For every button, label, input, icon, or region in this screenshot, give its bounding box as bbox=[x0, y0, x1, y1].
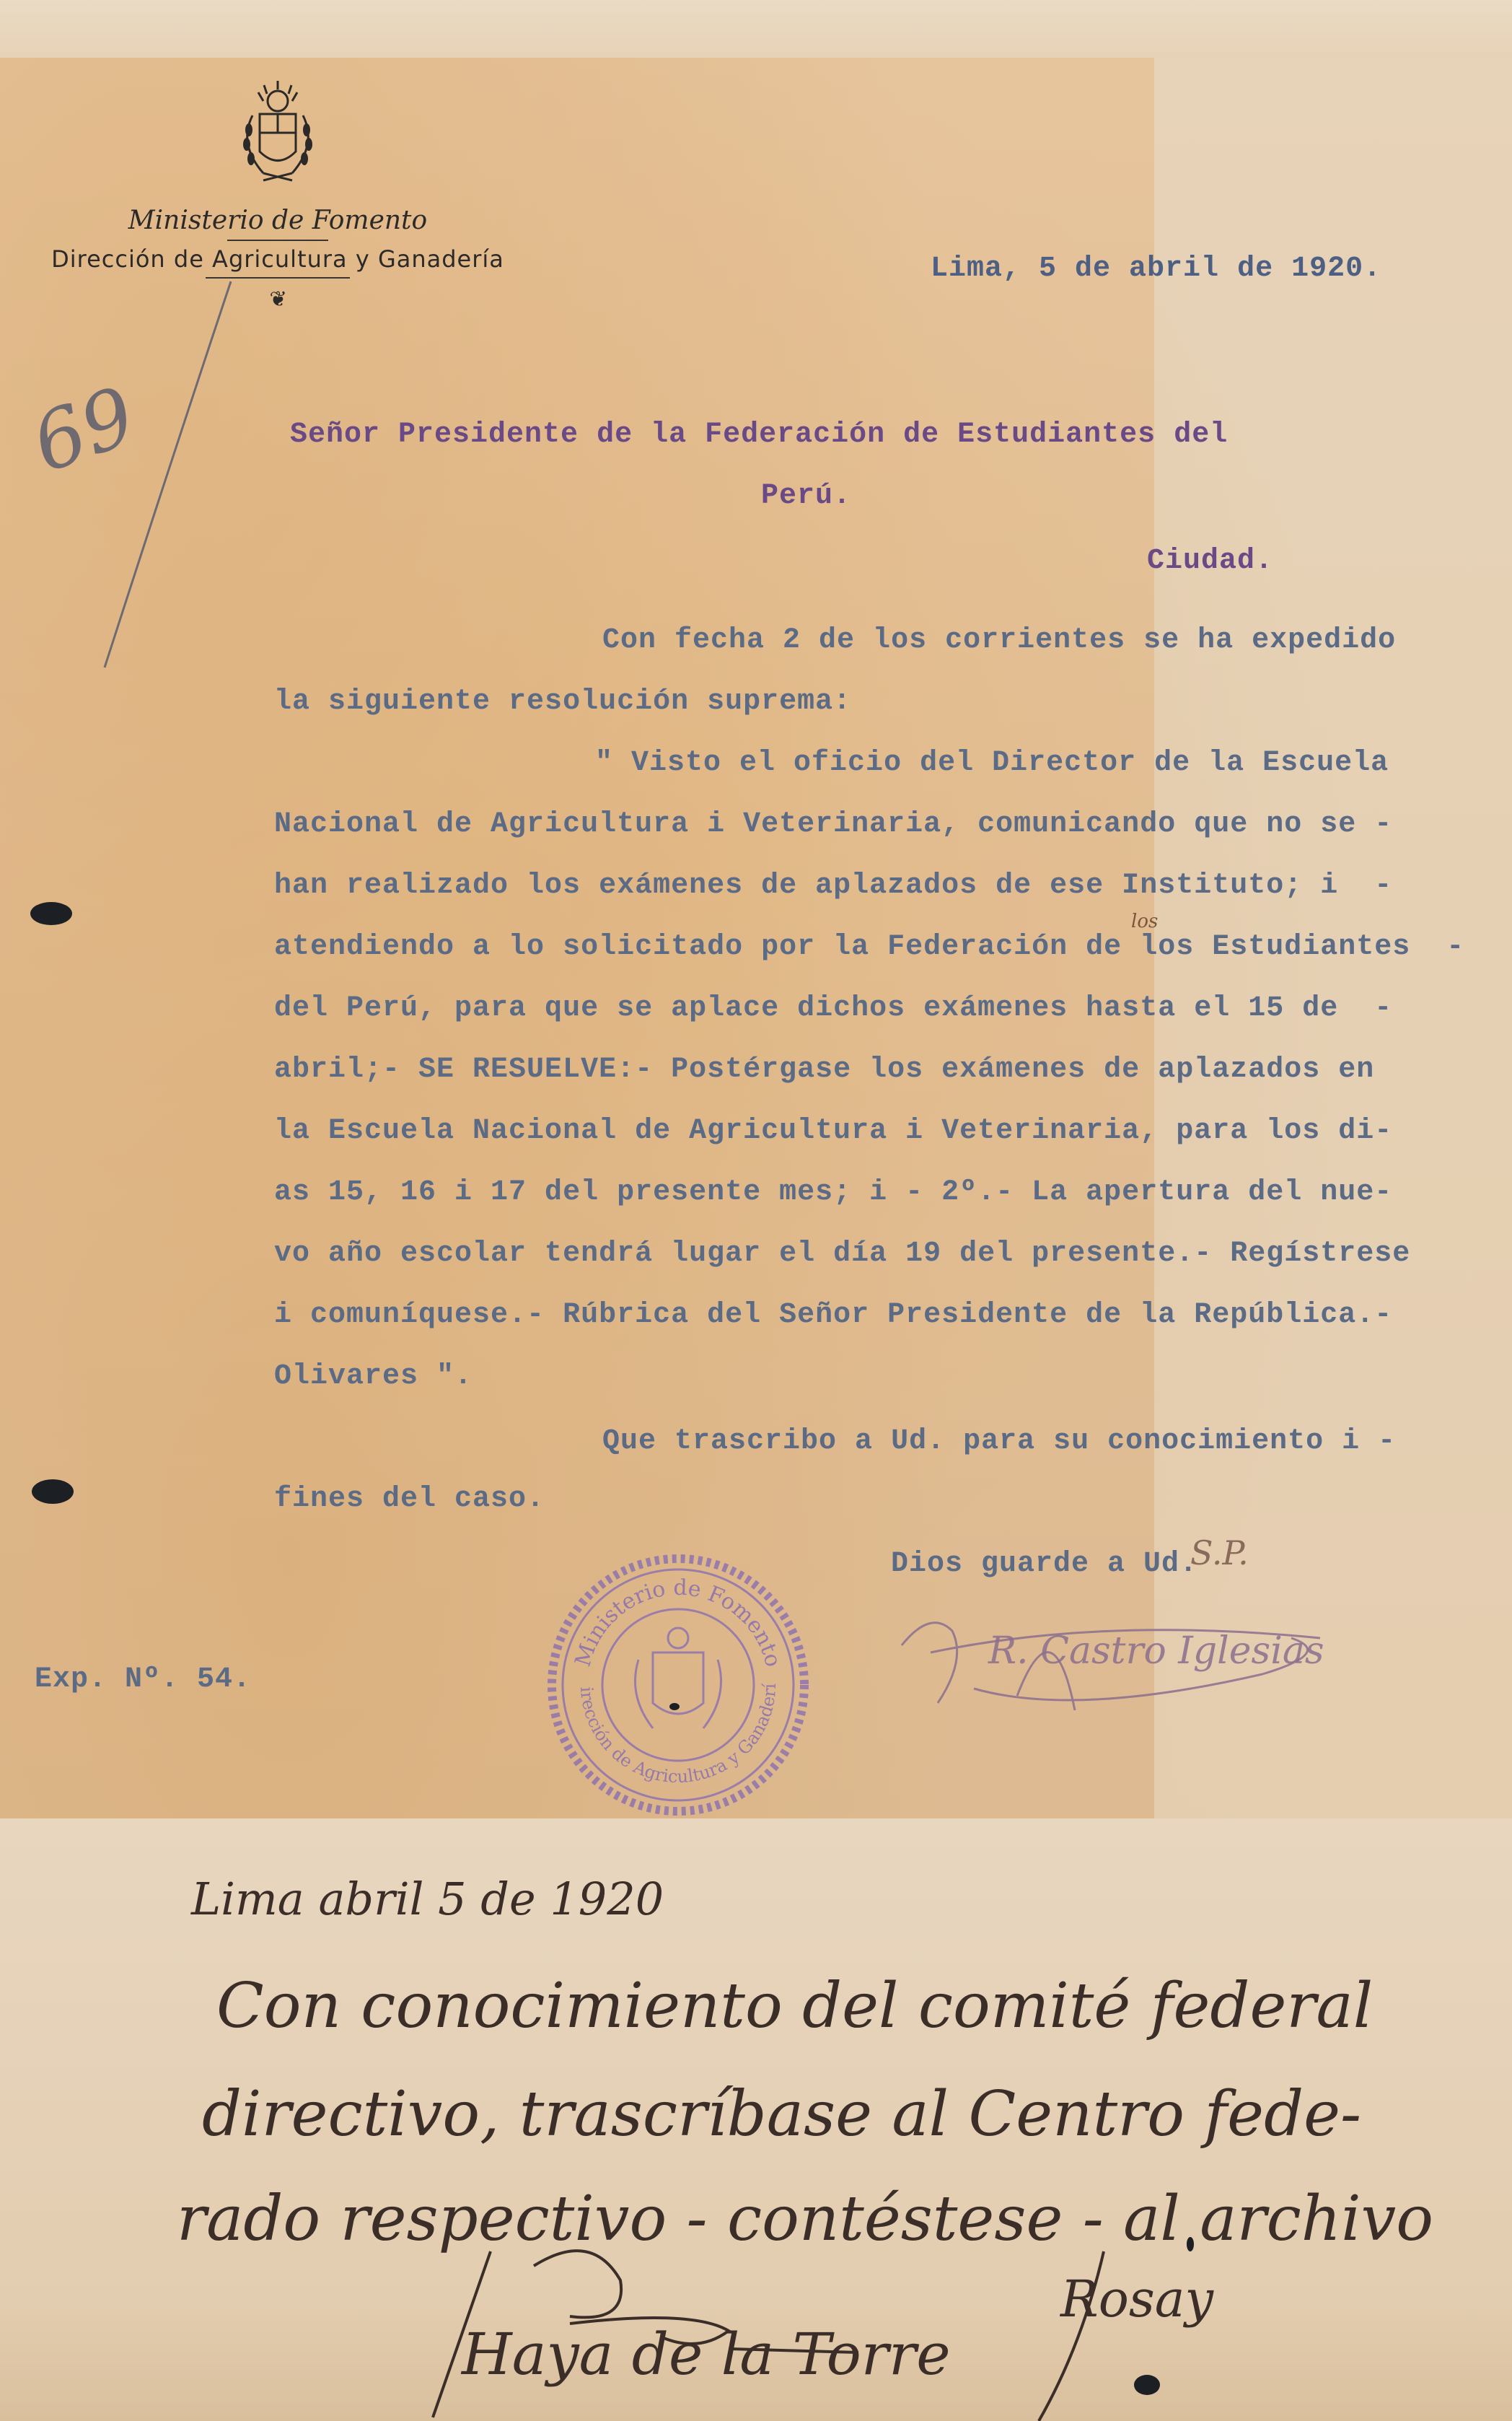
letter-date: Lima, 5 de abril de 1920. bbox=[931, 253, 1381, 285]
body-line: la Escuela Nacional de Agricultura i Vet… bbox=[274, 1115, 1392, 1147]
official-signature: R. Castro Iglesias bbox=[887, 1588, 1349, 1725]
body-line: la siguiente resolución suprema: bbox=[274, 686, 851, 718]
svg-text:R. Castro Iglesias: R. Castro Iglesias bbox=[988, 1629, 1324, 1673]
addressee-line-2: Perú. bbox=[761, 480, 851, 512]
handwritten-date: Lima abril 5 de 1920 bbox=[191, 1873, 664, 1925]
handwritten-initials: S.P. bbox=[1190, 1533, 1249, 1572]
body-line: atendiendo a lo solicitado por la Federa… bbox=[274, 931, 1464, 963]
handwritten-signatures: Haya de la Torre Rosay bbox=[390, 2223, 1399, 2421]
body-line: Con fecha 2 de los corrientes se ha expe… bbox=[602, 624, 1396, 657]
addressee-line-1: Señor Presidente de la Federación de Est… bbox=[290, 419, 1228, 451]
body-line: Nacional de Agricultura i Veterinaria, c… bbox=[274, 808, 1392, 841]
body-line: del Perú, para que se aplace dichos exám… bbox=[274, 992, 1392, 1025]
closing-salutation: Dios guarde a Ud. bbox=[891, 1548, 1197, 1580]
body-line: vo año escolar tendrá lugar el día 19 de… bbox=[274, 1238, 1410, 1270]
body-line: abril;- SE RESUELVE:- Postérgase los exá… bbox=[274, 1054, 1374, 1086]
peru-coat-of-arms-icon bbox=[224, 79, 332, 195]
divider bbox=[227, 240, 328, 241]
body-line: Que trascribo a Ud. para su conocimiento… bbox=[602, 1425, 1396, 1458]
seal-coat-of-arms-icon: Ministerio de Fomento Dirección de Agric… bbox=[545, 1551, 812, 1818]
body-line: as 15, 16 i 17 del presente mes; i - 2º.… bbox=[274, 1176, 1392, 1209]
svg-text:Ministerio de Fomento: Ministerio de Fomento bbox=[571, 1575, 786, 1670]
addressee-city: Ciudad. bbox=[1147, 545, 1273, 577]
body-line: Olivares ". bbox=[274, 1360, 472, 1393]
margin-pencil-stroke bbox=[94, 274, 238, 678]
body-line: fines del caso. bbox=[274, 1483, 545, 1515]
direction-name: Dirección de Agricultura y Ganadería bbox=[43, 245, 512, 273]
punch-hole bbox=[30, 902, 72, 925]
svg-text:Haya de la Torre: Haya de la Torre bbox=[460, 2321, 951, 2388]
svg-text:Rosay: Rosay bbox=[1059, 2269, 1215, 2329]
body-line: " Visto el oficio del Director de la Esc… bbox=[595, 747, 1389, 779]
body-line: han realizado los exámenes de aplazados … bbox=[274, 870, 1392, 902]
expediente-number: Exp. Nº. 54. bbox=[35, 1663, 251, 1696]
ministry-name: Ministerio de Fomento bbox=[43, 206, 512, 235]
paper-top-edge bbox=[0, 0, 1512, 58]
punch-hole bbox=[32, 1479, 74, 1504]
body-line: i comuníquese.- Rúbrica del Señor Presid… bbox=[274, 1299, 1392, 1331]
interlinear-handwritten-note: los bbox=[1131, 911, 1158, 932]
handwritten-line: directivo, trascríbase al Centro fede- bbox=[202, 2078, 1361, 2150]
handwritten-line: Con conocimiento del comité federal bbox=[216, 1970, 1373, 2042]
